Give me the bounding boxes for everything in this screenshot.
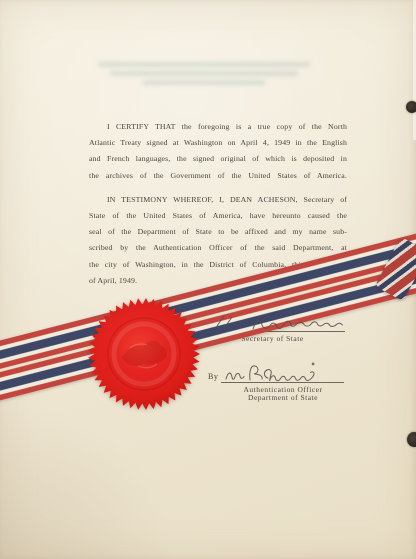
- cert-line: scribed by the Authentication Officer of…: [89, 243, 347, 259]
- cert-line: Atlantic Treaty signed at Washington on …: [89, 138, 347, 154]
- acheson-signature: [213, 306, 348, 336]
- verso-showthrough: [92, 62, 316, 89]
- document-page: I CERTIFY THAT the foregoing is a true c…: [0, 0, 416, 559]
- punch-hole-top: [406, 101, 416, 113]
- by-label: By: [208, 372, 218, 381]
- punch-hole-bottom: [407, 432, 416, 447]
- cert-line: State of the United States of America, h…: [89, 211, 347, 227]
- cert-paragraph-1: I CERTIFY THAT the foregoing is a true c…: [89, 122, 347, 187]
- cert-line: and French languages, the signed origina…: [89, 154, 347, 170]
- cert-line: IN TESTIMONY WHEREOF, I, DEAN ACHESON, S…: [89, 195, 347, 211]
- authentication-signature-line: [221, 382, 344, 383]
- state-department-seal: [86, 296, 202, 412]
- cert-line: I CERTIFY THAT the foregoing is a true c…: [89, 122, 347, 138]
- department-of-state-label: Department of State: [223, 393, 343, 402]
- cert-line: the archives of the Government of the Un…: [89, 171, 347, 187]
- cert-line: seal of the Department of State to be af…: [89, 227, 347, 243]
